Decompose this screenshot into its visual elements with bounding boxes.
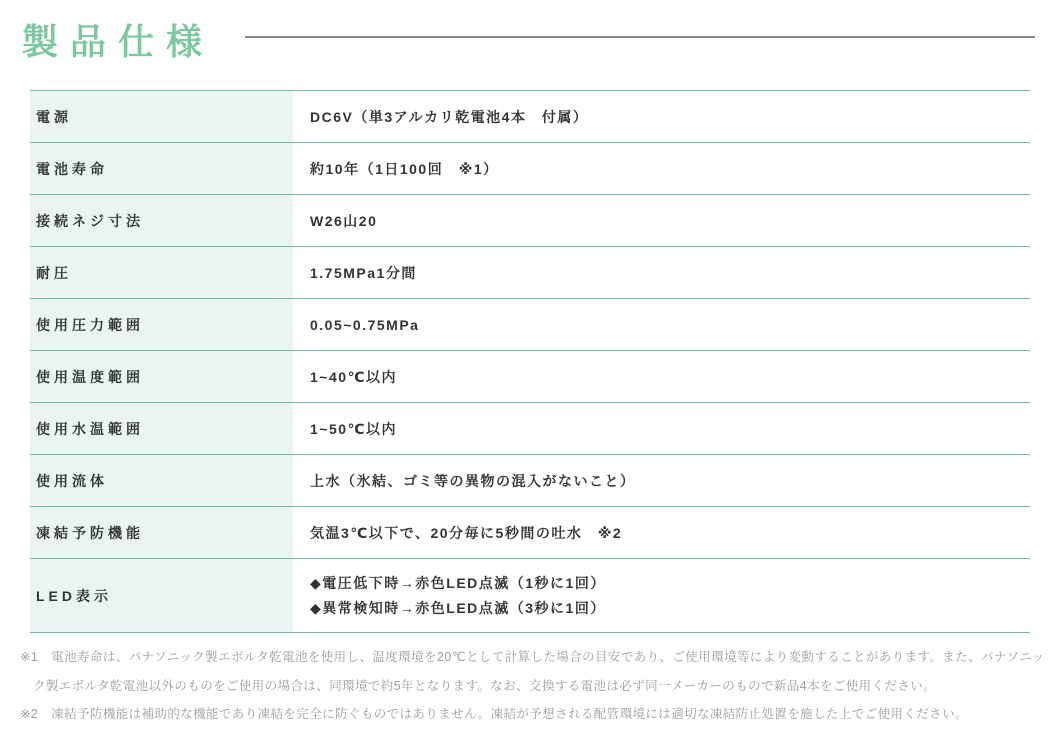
led-status-line: ◆電圧低下時→赤色LED点滅（1秒に1回）: [310, 571, 606, 596]
spec-value: DC6V（単3アルカリ乾電池4本 付属）: [293, 91, 1030, 142]
spec-value: W26山20: [293, 195, 1030, 246]
spec-label: 電源: [30, 91, 293, 142]
spec-row-battery-life: 電池寿命 約10年（1日100回 ※1）: [30, 143, 1030, 195]
spec-label: 接続ネジ寸法: [30, 195, 293, 246]
spec-label: 耐圧: [30, 247, 293, 298]
spec-label: 使用圧力範囲: [30, 299, 293, 350]
spec-label: 使用水温範囲: [30, 403, 293, 454]
spec-row-water-temp-range: 使用水温範囲 1~50℃以内: [30, 403, 1030, 455]
spec-row-thread-size: 接続ネジ寸法 W26山20: [30, 195, 1030, 247]
spec-label: 使用温度範囲: [30, 351, 293, 402]
footnote-line: ※1電池寿命は、パナソニック製エボルタ乾電池を使用し、温度環境を20℃として計算…: [20, 643, 1048, 672]
spec-row-freeze-prevention: 凍結予防機能 気温3℃以下で、20分毎に5秒間の吐水 ※2: [30, 507, 1030, 559]
spec-value: 1.75MPa1分間: [293, 247, 1030, 298]
spec-value: ◆電圧低下時→赤色LED点滅（1秒に1回） ◆異常検知時→赤色LED点滅（3秒に…: [293, 559, 1030, 632]
spec-value: 気温3℃以下で、20分毎に5秒間の吐水 ※2: [293, 507, 1030, 558]
spec-label: 電池寿命: [30, 143, 293, 194]
footnote-line: ク製エボルタ乾電池以外のものをご使用の場合は、同環境で約5年となります。なお、交…: [33, 672, 1048, 701]
spec-value: 1~40℃以内: [293, 351, 1030, 402]
footnote-marker: ※1: [20, 650, 38, 664]
footnote-2: ※2凍結予防機能は補助的な機能であり凍結を完全に防ぐものではありません。凍結が予…: [20, 700, 1048, 729]
spec-row-pressure-resistance: 耐圧 1.75MPa1分間: [30, 247, 1030, 299]
spec-label: 凍結予防機能: [30, 507, 293, 558]
footnote-1: ※1電池寿命は、パナソニック製エボルタ乾電池を使用し、温度環境を20℃として計算…: [20, 643, 1048, 700]
spec-value: 0.05~0.75MPa: [293, 299, 1030, 350]
led-status-line: ◆異常検知時→赤色LED点滅（3秒に1回）: [310, 596, 606, 621]
page-title: 製品仕様: [22, 14, 214, 65]
spec-label: LED表示: [30, 559, 293, 632]
spec-row-fluid: 使用流体 上水（氷結、ゴミ等の異物の混入がないこと）: [30, 455, 1030, 507]
footnote-text: 凍結予防機能は補助的な機能であり凍結を完全に防ぐものではありません。凍結が予想さ…: [51, 707, 968, 721]
spec-row-power: 電源 DC6V（単3アルカリ乾電池4本 付属）: [30, 91, 1030, 143]
footnote-marker: ※2: [20, 707, 38, 721]
footnotes: ※1電池寿命は、パナソニック製エボルタ乾電池を使用し、温度環境を20℃として計算…: [20, 643, 1048, 729]
spec-value: 上水（氷結、ゴミ等の異物の混入がないこと）: [293, 455, 1030, 506]
spec-row-led-display: LED表示 ◆電圧低下時→赤色LED点滅（1秒に1回） ◆異常検知時→赤色LED…: [30, 559, 1030, 633]
spec-label: 使用流体: [30, 455, 293, 506]
footnote-line: ※2凍結予防機能は補助的な機能であり凍結を完全に防ぐものではありません。凍結が予…: [20, 700, 1048, 729]
page: 製品仕様 電源 DC6V（単3アルカリ乾電池4本 付属） 電池寿命 約10年（1…: [0, 0, 1048, 754]
spec-table: 電源 DC6V（単3アルカリ乾電池4本 付属） 電池寿命 約10年（1日100回…: [30, 90, 1030, 633]
spec-value: 1~50℃以内: [293, 403, 1030, 454]
spec-value: 約10年（1日100回 ※1）: [293, 143, 1030, 194]
footnote-text: 電池寿命は、パナソニック製エボルタ乾電池を使用し、温度環境を20℃として計算した…: [51, 650, 1044, 664]
spec-row-working-pressure-range: 使用圧力範囲 0.05~0.75MPa: [30, 299, 1030, 351]
spec-row-ambient-temp-range: 使用温度範囲 1~40℃以内: [30, 351, 1030, 403]
title-rule: [245, 36, 1035, 38]
